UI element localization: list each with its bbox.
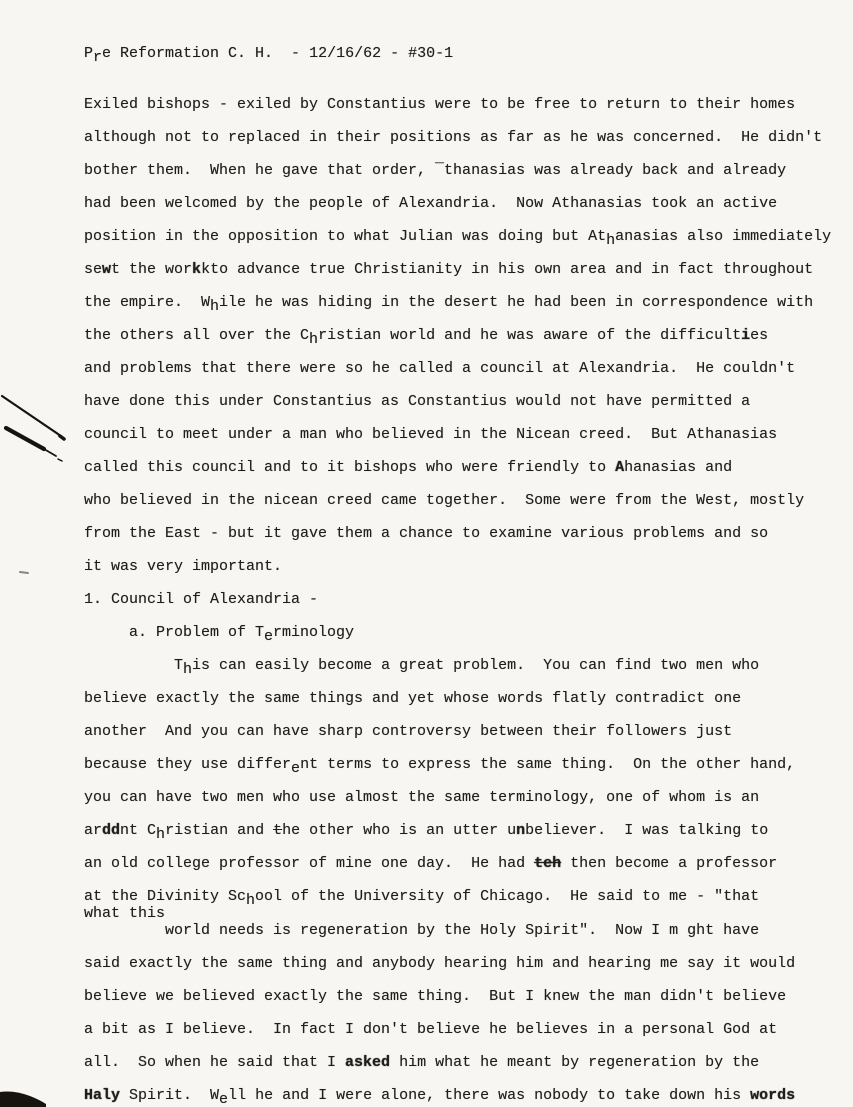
text-segment: all. So when he said that I <box>84 1054 345 1071</box>
body-lines: Exiled bishops - exiled by Constantius w… <box>84 80 845 1104</box>
text-segment: n <box>516 822 525 839</box>
text-segment: an old college professor of mine one day… <box>84 855 534 872</box>
typewritten-text-block: Pre Reformation C. H. - 12/16/62 - #30-1… <box>84 44 845 1104</box>
text-segment: h <box>183 661 192 678</box>
text-segment: e Reformation C. H. - 12/16/62 - #30-1 <box>102 45 453 62</box>
text-line: an old college professor of mine one day… <box>84 839 845 872</box>
text-line: what this <box>84 905 845 922</box>
text-segment: ristian and <box>165 822 273 839</box>
text-line: world needs is regeneration by the Holy … <box>84 922 845 939</box>
pen-stroke <box>44 449 56 456</box>
text-segment: have done this under Constantius as Cons… <box>84 393 750 410</box>
text-line: it was very important. <box>84 542 845 575</box>
text-line: said exactly the same thing and anybody … <box>84 939 845 972</box>
text-line: although not to replaced in their positi… <box>84 113 845 146</box>
text-segment: him what he meant by regeneration by the <box>390 1054 759 1071</box>
text-segment: t <box>273 822 282 839</box>
text-line: Haly Spirit. Well he and I were alone, t… <box>84 1071 845 1104</box>
text-segment: T <box>84 657 183 674</box>
text-segment: because they use differ <box>84 756 291 773</box>
text-segment: i <box>741 327 750 344</box>
text-segment: Haly <box>84 1087 120 1104</box>
text-segment: e <box>264 628 273 645</box>
text-line: a bit as I believe. In fact I don't beli… <box>84 1005 845 1038</box>
text-segment: Spirit. W <box>120 1087 219 1104</box>
text-line: position in the opposition to what Julia… <box>84 212 845 245</box>
text-segment: h <box>156 826 165 843</box>
text-segment: he other who is an utter u <box>282 822 516 839</box>
text-line: arddnt Christian and the other who is an… <box>84 806 845 839</box>
text-segment: at the Divinity Sc <box>84 888 246 905</box>
text-line: believe we believed exactly the same thi… <box>84 972 845 1005</box>
pen-stroke <box>60 436 64 439</box>
text-segment: it was very important. <box>84 558 282 575</box>
text-segment: had been welcomed by the people of Alexa… <box>84 195 777 212</box>
text-segment: and problems that there were so he calle… <box>84 360 795 377</box>
text-segment: called this council and to it bishops wh… <box>84 459 615 476</box>
text-line: called this council and to it bishops wh… <box>84 443 845 476</box>
text-segment: r <box>93 49 102 66</box>
text-segment: bother them. When he gave that order, ¯t… <box>84 162 786 179</box>
text-segment: Exiled bishops - exiled by Constantius w… <box>84 96 795 113</box>
stray-mark <box>20 572 28 573</box>
text-segment: h <box>606 232 615 249</box>
text-segment: believer. I was talking to <box>525 822 768 839</box>
text-segment: anasias also immediately <box>615 228 831 245</box>
text-line: from the East - but it gave them a chanc… <box>84 509 845 542</box>
text-line: who believed in the nicean creed came to… <box>84 476 845 509</box>
text-segment: is can easily become a great problem. Yo… <box>192 657 759 674</box>
text-segment: ll he and I were alone, there was nobody… <box>228 1087 750 1104</box>
text-segment: believe we believed exactly the same thi… <box>84 988 786 1005</box>
text-segment: a bit as I believe. In fact I don't beli… <box>84 1021 777 1038</box>
text-segment: rminology <box>273 624 354 641</box>
text-segment: another And you can have sharp controver… <box>84 723 732 740</box>
text-segment: believe exactly the same things and yet … <box>84 690 741 707</box>
text-segment: t the wor <box>111 261 192 278</box>
text-line: believe exactly the same things and yet … <box>84 674 845 707</box>
text-segment: position in the opposition to what Julia… <box>84 228 606 245</box>
text-segment: A <box>615 459 624 476</box>
text-line: and problems that there were so he calle… <box>84 344 845 377</box>
ink-blot <box>0 1092 46 1107</box>
text-segment: se <box>84 261 102 278</box>
text-segment: h <box>210 298 219 315</box>
page-header-line: Pre Reformation C. H. - 12/16/62 - #30-1 <box>84 44 845 64</box>
text-line: sewt the workkto advance true Christiani… <box>84 245 845 278</box>
text-line: have done this under Constantius as Cons… <box>84 377 845 410</box>
text-segment: ristian world and he was aware of the di… <box>318 327 741 344</box>
text-segment: hanasias and <box>624 459 732 476</box>
text-segment: world needs is regeneration by the Holy … <box>84 922 759 939</box>
text-segment: then become a professor <box>561 855 777 872</box>
text-segment: teh <box>534 855 561 872</box>
text-segment: what this <box>84 905 165 922</box>
text-segment: es <box>750 327 768 344</box>
text-segment: w <box>102 261 111 278</box>
text-segment: nt terms to express the same thing. On t… <box>300 756 795 773</box>
text-segment: 1. Council of Alexandria - <box>84 591 318 608</box>
text-segment: the empire. W <box>84 294 210 311</box>
text-segment: the others all over the C <box>84 327 309 344</box>
text-segment: council to meet under a man who believed… <box>84 426 777 443</box>
text-line: This can easily become a great problem. … <box>84 641 845 674</box>
text-line: a. Problem of Terminology <box>84 608 845 641</box>
text-line: another And you can have sharp controver… <box>84 707 845 740</box>
text-segment: nt C <box>120 822 156 839</box>
text-line: bother them. When he gave that order, ¯t… <box>84 146 845 179</box>
pen-stroke <box>58 459 62 461</box>
scanned-document-page: Pre Reformation C. H. - 12/16/62 - #30-1… <box>0 0 853 1107</box>
text-segment: said exactly the same thing and anybody … <box>84 955 795 972</box>
pen-stroke <box>6 428 44 449</box>
pen-stroke <box>2 396 64 439</box>
text-segment: from the East - but it gave them a chanc… <box>84 525 768 542</box>
text-line: you can have two men who use almost the … <box>84 773 845 806</box>
text-segment: you can have two men who use almost the … <box>84 789 759 806</box>
text-segment: ar <box>84 822 102 839</box>
text-line: had been welcomed by the people of Alexa… <box>84 179 845 212</box>
text-segment: kto advance true Christianity in his own… <box>201 261 813 278</box>
text-line: the others all over the Christian world … <box>84 311 845 344</box>
text-segment: a. Problem of T <box>84 624 264 641</box>
text-segment: h <box>246 892 255 909</box>
text-line: 1. Council of Alexandria - <box>84 575 845 608</box>
text-segment: k <box>192 261 201 278</box>
text-segment: ool of the University of Chicago. He sai… <box>255 888 759 905</box>
text-segment: ile he was hiding in the desert he had b… <box>219 294 813 311</box>
text-segment: words <box>750 1087 795 1104</box>
text-segment: dd <box>102 822 120 839</box>
text-line: Exiled bishops - exiled by Constantius w… <box>84 80 845 113</box>
text-segment: h <box>309 331 318 348</box>
text-segment: P <box>84 45 93 62</box>
text-segment: asked <box>345 1054 390 1071</box>
text-line: because they use different terms to expr… <box>84 740 845 773</box>
text-segment: e <box>219 1091 228 1107</box>
text-line: at the Divinity School of the University… <box>84 872 845 905</box>
text-segment: who believed in the nicean creed came to… <box>84 492 804 509</box>
text-line: all. So when he said that I asked him wh… <box>84 1038 845 1071</box>
text-segment: e <box>291 760 300 777</box>
text-line: council to meet under a man who believed… <box>84 410 845 443</box>
text-segment: although not to replaced in their positi… <box>84 129 822 146</box>
text-line: the empire. While he was hiding in the d… <box>84 278 845 311</box>
